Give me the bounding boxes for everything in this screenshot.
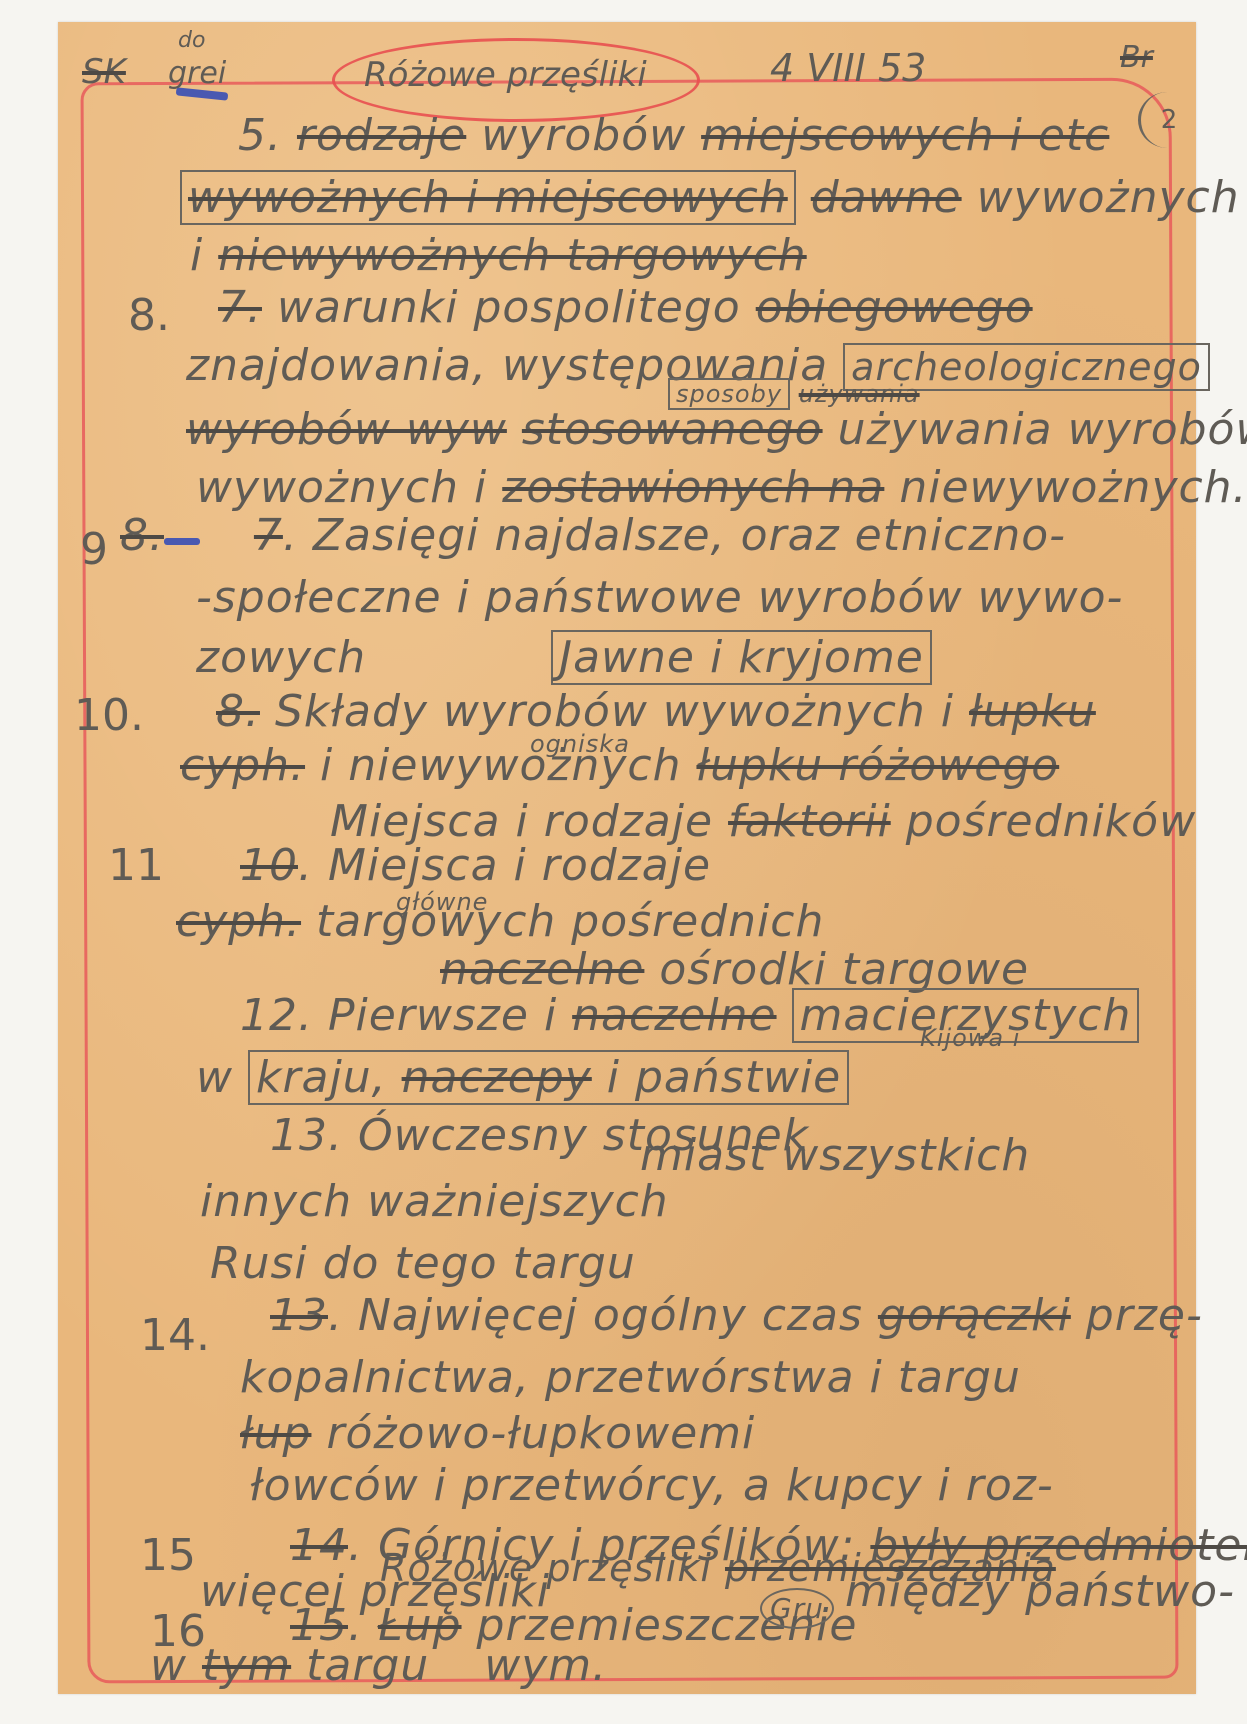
struck-text: łupku (969, 686, 1096, 737)
line-9: 8. 7. Zasięgi najdalsze, oraz etniczno- (120, 510, 1066, 561)
header-struck-mark: SK (82, 52, 126, 92)
struck-text: wyrobów wyw (186, 404, 507, 455)
struck-number: 13 (270, 1290, 328, 1341)
struck-text: stosowanego (522, 404, 823, 455)
header-note-top: do (178, 28, 205, 53)
line-8: 7. warunki pospolitego obiegowego (218, 282, 1033, 333)
line-9b: -społeczne i państwowe wyrobów wywo- (196, 572, 1123, 623)
line-5c: i niewywożnych targowych (190, 230, 807, 281)
line-8c: wyrobów wyw stosowanego używania wyrobów (186, 404, 1247, 455)
line-15c: Różowe przęśliki przemieszczania (380, 1546, 1056, 1590)
struck-text: łup (240, 1408, 311, 1459)
line-11b: cyph. targowych pośrednich (176, 896, 824, 947)
line-13-insert: Kijowa i (920, 1024, 1020, 1052)
line-8d: wywożnych i zostawionych na niewywożnych… (196, 462, 1247, 513)
line-10: 8. Składy wyrobów wywożnych i łupku (216, 686, 1096, 737)
line-9c: zowych Jawne i kryjome (196, 632, 932, 683)
struck-text: przemieszczania (725, 1546, 1056, 1590)
struck-text: naczepy (402, 1052, 592, 1103)
struck-text: dawne (811, 172, 962, 223)
line-14b: kopalnictwa, przetwórstwa i targu (240, 1352, 1021, 1403)
initials-text: Gru (770, 1592, 824, 1625)
margin-number-14: 14. (140, 1310, 210, 1361)
struck-text: rodzaje (297, 110, 466, 161)
line-5: 5. rodzaje wyrobów miejscowych i etc (238, 110, 1109, 161)
struck-number: 14 (290, 1520, 348, 1571)
page-number: 2 (1138, 92, 1197, 148)
struck-number: 7 (254, 510, 283, 561)
initials: Gru (760, 1588, 834, 1629)
struck-text: obiegowego (756, 282, 1033, 333)
margin-number-8: 8. (128, 290, 170, 341)
struck-number: 10 (240, 840, 298, 891)
line-10b: cyph. i niewywożnych łupku różowego (180, 740, 1059, 791)
struck-text: gorączki (878, 1290, 1071, 1341)
struck-number: 7. (218, 282, 262, 333)
header-note: grei (168, 56, 226, 91)
line-14c: łup różowo-łupkowemi (240, 1408, 755, 1459)
page-number-text: 2 (1161, 105, 1178, 135)
line-13b: miast wszystkich (640, 1130, 1030, 1181)
struck-text: faktorii (728, 796, 891, 847)
date: 4 VIII 53 (770, 46, 926, 90)
line-16b: w tym targu wym. (150, 1640, 607, 1691)
margin-number-15: 15 (140, 1530, 196, 1581)
line-14: 13. Najwięcej ogólny czas gorączki przę- (270, 1290, 1203, 1341)
inserted-text: targu (513, 1238, 636, 1289)
header-right-struck-mark: Br (1120, 40, 1153, 75)
inserted-text: Kijowa i (920, 1024, 1020, 1052)
struck-text: wywożnych i miejscowych (180, 170, 796, 225)
struck-text: cyph. (176, 896, 301, 947)
line-13d: Rusi do tego targu (210, 1238, 636, 1289)
line-12b: w kraju, naczepy i państwie (196, 1052, 849, 1103)
line-14d: łowców i przetwórcy, a kupcy i roz- (250, 1460, 1054, 1511)
struck-text: tym (202, 1640, 291, 1691)
line-5b: wywożnych i miejscowych dawne wywożnych (180, 172, 1240, 223)
struck-text: zostawionych na (502, 462, 884, 513)
line-13c: innych ważniejszych (200, 1176, 669, 1227)
item-number: 5. (238, 110, 297, 161)
struck-text: miejscowych i etc (701, 110, 1109, 161)
boxed-text: Jawne i kryjome (551, 630, 932, 685)
struck-text: cyph. (180, 740, 305, 791)
boxed-text: kraju, naczepy i państwie (248, 1050, 849, 1105)
struck-number: 8. (120, 510, 164, 561)
struck-number: 8. (216, 686, 260, 737)
page-title: Różowe przęśliki (364, 55, 647, 95)
line-11: 10. Miejsca i rodzaje (240, 840, 711, 891)
struck-text: niewywożnych targowych (218, 230, 806, 281)
struck-text: naczelne (440, 944, 644, 995)
margin-number-9: 9 (80, 524, 108, 575)
struck-text: łupku różowego (696, 740, 1059, 791)
struck-text: naczelne (572, 990, 776, 1041)
margin-number-11: 11 (108, 840, 164, 891)
margin-number-10: 10. (74, 690, 144, 741)
